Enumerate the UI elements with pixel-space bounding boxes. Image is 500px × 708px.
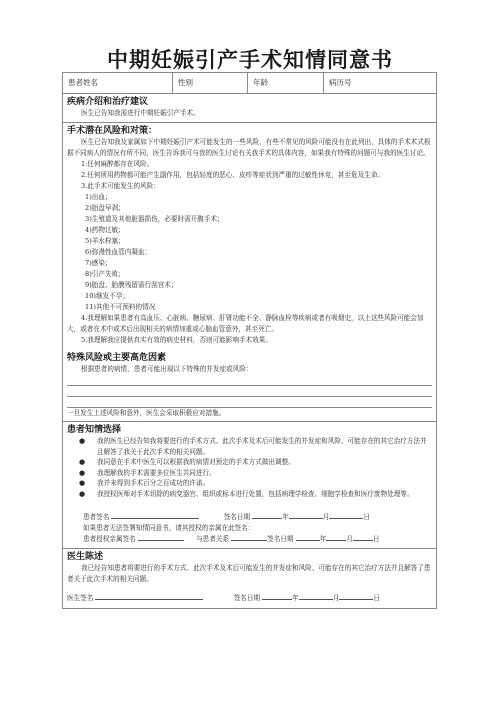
proxy-sign-year-field[interactable] bbox=[296, 533, 320, 541]
age-label: 年龄 bbox=[253, 78, 268, 87]
risk-item-4: 4.我理解如果患者有高血压、心脏病、糖尿病、肝肾功能不全、静脉血栓等疾病或者有吸… bbox=[67, 313, 432, 335]
risk-sub-item: 7)感染； bbox=[67, 258, 432, 269]
patient-info-row: 患者姓名 性别 年龄 病历号 bbox=[63, 73, 436, 94]
patient-choice-section: 患者知情选择 ●我的医生已经告知我将要进行的手术方式、此次手术及术后可能发生的并… bbox=[63, 422, 436, 549]
patient-sign-year-field[interactable] bbox=[252, 511, 282, 519]
proxy-sign-day-field[interactable] bbox=[353, 533, 373, 541]
bullet-icon: ● bbox=[79, 468, 85, 479]
risk-sub-item: 5)羊水栓塞； bbox=[67, 236, 432, 247]
document-title: 中期妊娠引产手术知情同意书 bbox=[0, 44, 500, 74]
doctor-sign-day-field[interactable] bbox=[339, 592, 373, 600]
diagnosis-section: 疾病介绍和治疗建议 医生已告知我需进行中期妊娠引产手术。 bbox=[63, 94, 436, 123]
patient-sign-day-field[interactable] bbox=[329, 511, 363, 519]
month-label: 月 bbox=[333, 594, 340, 602]
gender-label: 性别 bbox=[178, 78, 193, 87]
month-label: 月 bbox=[346, 535, 353, 543]
patient-sign-month-field[interactable] bbox=[289, 511, 323, 519]
diagnosis-text: 医生已告知我需进行中期妊娠引产手术。 bbox=[67, 108, 432, 119]
gender-field[interactable]: 性别 bbox=[173, 73, 248, 93]
consent-form: 患者姓名 性别 年龄 病历号 疾病介绍和治疗建议 医生已告知我需进行中期妊娠引产… bbox=[62, 72, 437, 609]
patient-choice-list: ●我的医生已经告知我将要进行的手术方式、此次手术及术后可能发生的并发症和风险、可… bbox=[67, 436, 432, 499]
risks-section: 手术潜在风险和对策： 医生已告知我及家属如下中期妊娠引产术可能发生的一些风险，有… bbox=[63, 123, 436, 422]
proxy-sign-date-label: 签名日期 bbox=[267, 535, 293, 543]
bullet-icon: ● bbox=[79, 478, 85, 489]
patient-signature-field[interactable] bbox=[111, 511, 199, 519]
month-label: 月 bbox=[323, 513, 330, 521]
risk-sub-item: 10)继发不孕； bbox=[67, 291, 432, 302]
day-label: 日 bbox=[363, 513, 370, 521]
bullet-icon: ● bbox=[79, 489, 85, 500]
relation-field[interactable] bbox=[231, 533, 267, 541]
special-risks-heading: 特殊风险或主要高危因素 bbox=[67, 352, 432, 364]
proxy-signature-row: 患者授权亲属签名 与患者关系 签名日期 年月日 bbox=[67, 533, 432, 545]
doctor-sign-month-field[interactable] bbox=[299, 592, 333, 600]
risks-intro: 医生已告知我及家属如下中期妊娠引产术可能发生的一些风险，有些不常见的风险可能没有… bbox=[67, 137, 432, 159]
risk-item-3: 3.此手术可能发生的风险： bbox=[67, 181, 432, 192]
proxy-note: 如果患者无法签署知情同意书，请其授权的亲属在此签名： bbox=[67, 523, 432, 534]
choice-item: ●我同意在手术中医生可以根据我的病情对预定的手术方式做出调整。 bbox=[67, 457, 432, 468]
doctor-statement-section: 医生陈述 我已经告知患者将要进行的手术方式、此次手术及术后可能发生的并发症和风险… bbox=[63, 549, 436, 609]
special-risk-input-line-1[interactable] bbox=[67, 375, 432, 386]
patient-sign-label: 患者签名 bbox=[83, 513, 109, 521]
proxy-sign-month-field[interactable] bbox=[326, 533, 346, 541]
year-label: 年 bbox=[320, 535, 327, 543]
year-label: 年 bbox=[292, 594, 299, 602]
bullet-icon: ● bbox=[79, 436, 85, 447]
risk-sub-item: 8)引产失败； bbox=[67, 269, 432, 280]
doctor-sign-label: 医生签名 bbox=[67, 594, 93, 602]
risk-sub-item: 11)其他不可预料的情况 bbox=[67, 302, 432, 313]
risk-sub-item: 6)弥漫性血管内凝血； bbox=[67, 247, 432, 258]
record-number-field[interactable]: 病历号 bbox=[324, 73, 436, 93]
proxy-sign-label: 患者授权亲属签名 bbox=[83, 535, 136, 543]
doctor-sign-year-field[interactable] bbox=[262, 592, 292, 600]
doctor-statement-text: 我已经告知患者将要进行的手术方式、此次手术及术后可能发生的并发症和风险、可能存在… bbox=[67, 563, 432, 585]
proxy-signature-field[interactable] bbox=[138, 533, 184, 541]
patient-signature-row: 患者签名 签名日期 年月日 bbox=[67, 511, 432, 523]
risk-item-5: 5.我理解我应提供真实有效的病史材料，否则可能影响手术效果。 bbox=[67, 335, 432, 346]
choice-item: ●我的医生已经告知我将要进行的手术方式、此次手术及术后可能发生的并发症和风险、可… bbox=[67, 436, 432, 457]
risk-sub-item: 9)胎盘、胎膜残留需行刮宫术； bbox=[67, 280, 432, 291]
day-label: 日 bbox=[373, 594, 380, 602]
diagnosis-heading: 疾病介绍和治疗建议 bbox=[67, 96, 432, 108]
special-risk-input-line-2[interactable] bbox=[67, 386, 432, 397]
choice-item: ●我理解我的手术需要多位医生共同进行。 bbox=[67, 468, 432, 479]
patient-sign-date-label: 签名日期 bbox=[224, 513, 250, 521]
patient-name-field[interactable]: 患者姓名 bbox=[63, 73, 173, 93]
risk-sub-item: 4)药物过敏； bbox=[67, 225, 432, 236]
special-risk-input-line-3[interactable] bbox=[67, 397, 432, 408]
choice-item: ●我并未得到手术百分之百成功的许诺。 bbox=[67, 478, 432, 489]
patient-name-label: 患者姓名 bbox=[68, 78, 98, 87]
doctor-signature-field[interactable] bbox=[95, 592, 203, 600]
doctor-signature-row: 医生签名 签名日期 年月日 bbox=[67, 592, 432, 604]
patient-choice-heading: 患者知情选择 bbox=[67, 424, 432, 436]
risk-sub-item: 1)出血； bbox=[67, 192, 432, 203]
doctor-statement-heading: 医生陈述 bbox=[67, 551, 432, 563]
choice-item: ●我授权医师对手术切除的病变器官、组织或标本进行处置，包括病理学检查、细胞学检查… bbox=[67, 489, 432, 500]
risk-item-1: 1.任何麻醉都存在风险。 bbox=[67, 159, 432, 170]
bullet-icon: ● bbox=[79, 457, 85, 468]
risk-item-2: 2.任何所用药物都可能产生副作用，包括轻度的恶心、皮疹等症状到严重的过敏性休克，… bbox=[67, 170, 432, 181]
risk-sub-item: 2)胎盘早剥； bbox=[67, 203, 432, 214]
doctor-sign-date-label: 签名日期 bbox=[234, 594, 260, 602]
record-number-label: 病历号 bbox=[329, 78, 352, 87]
special-risks-closing: 一旦发生上述风险和意外，医生会采取积极应对措施。 bbox=[67, 408, 432, 419]
day-label: 日 bbox=[373, 535, 380, 543]
relation-label: 与患者关系 bbox=[196, 535, 229, 543]
age-field[interactable]: 年龄 bbox=[248, 73, 324, 93]
special-risks-text: 根据患者的病情，患者可能出现以下特殊的并发症或风险： bbox=[67, 364, 432, 375]
year-label: 年 bbox=[282, 513, 289, 521]
risks-heading: 手术潜在风险和对策： bbox=[67, 125, 432, 137]
risk-sub-item: 3)生殖道及其他脏器损伤，必要时需开腹手术； bbox=[67, 214, 432, 225]
